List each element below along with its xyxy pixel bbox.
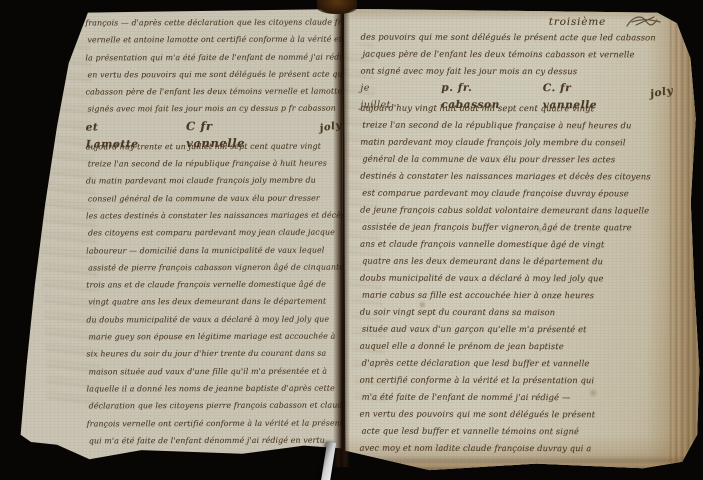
manuscript-text-line: françois — d'après cette déclaration que…	[85, 14, 341, 32]
manuscript-text-line: doubs municipalité de vaux a déclaré à m…	[360, 270, 672, 288]
manuscript-text-line: la présentation qui m'a été faite de l'e…	[85, 48, 341, 66]
manuscript-text-line: déclaration que les citoyens pierre fran…	[89, 397, 345, 415]
manuscript-text-line: ans et claude françois vannelle domestiq…	[360, 236, 672, 254]
curled-bottom-edge	[351, 456, 693, 472]
right-page: troisième des pouvoirs qui me sont délég…	[344, 7, 700, 472]
manuscript-text-line: ont signé avec moy fait les jour mois an…	[360, 63, 672, 81]
manuscript-text-line: du soir vingt sept du courant dans sa ma…	[360, 304, 672, 322]
manuscript-text-line: vernelle et antoine lamotte ont certifié…	[87, 31, 343, 49]
right-signatures-row: je juillet p. fr. cabasson C. fr vannell…	[360, 80, 672, 101]
manuscript-text-line: ont certifié conforme à la vérité et la …	[360, 372, 672, 390]
manuscript-text-line: acte que lesd buffer et vannelle témoins…	[361, 423, 673, 441]
manuscript-text-line: six heures du soir du jour d'hier trente…	[86, 345, 342, 363]
page-stack-fore-edge	[670, 16, 700, 467]
manuscript-text-line: marie cabus sa fille est accouchée hier …	[362, 287, 674, 305]
manuscript-text-line: est comparue pardevant moy claude franço…	[362, 185, 674, 203]
manuscript-text-line: des citoyens est comparu pardevant moy j…	[88, 224, 344, 242]
manuscript-scan: françois — d'après cette déclaration que…	[0, 0, 703, 480]
manuscript-text-line: cabasson père de l'enfant les deux témoi…	[85, 83, 341, 101]
page-number-heading: troisième	[549, 16, 606, 28]
manuscript-text-line: des pouvoirs qui me sont délégués le pré…	[361, 29, 673, 47]
manuscript-text-line: maison située aud vaux d'une fille qu'il…	[88, 362, 344, 380]
manuscript-text-line: m'a été faite de l'enfant de nommé j'ai …	[362, 389, 674, 407]
manuscript-text-line: conseil général de la commune de vaux él…	[88, 189, 344, 207]
manuscript-text-line: matin pardevant moy claude françois joly…	[360, 134, 672, 152]
manuscript-text-line: avec moy et nom ladite claude françoise …	[359, 440, 671, 458]
manuscript-text-line: auquel elle a donné le prénom de jean ba…	[360, 338, 672, 356]
book-gutter-shadow	[333, 5, 350, 467]
binding-top-edge	[317, 0, 357, 14]
manuscript-text-line: signés avec moi fait les jour mois an cy…	[88, 100, 344, 118]
manuscript-text-line: de jeune françois cabus soldat volontair…	[360, 202, 672, 220]
manuscript-text-line: marie guey son épouse en légitime mariag…	[88, 328, 344, 346]
left-paragraph-2: aujourd'huy trente et un juillet mil sep…	[86, 137, 343, 449]
manuscript-text-line: située aud vaux d'un garçon qu'elle m'a …	[362, 321, 674, 339]
manuscript-text-line: treize l'an second de la république fran…	[362, 117, 674, 135]
left-page-text: françois — d'après cette déclaration que…	[85, 14, 343, 450]
manuscript-text-line: laboureur — domicilié dans la municipali…	[86, 241, 342, 259]
right-page-text: des pouvoirs qui me sont délégués le pré…	[359, 29, 672, 458]
manuscript-text-line: aujourd'huy vingt huit août mil sept cen…	[360, 100, 672, 118]
manuscript-text-line: vingt quatre ans les deux demeurant dans…	[88, 293, 344, 311]
manuscript-text-line: assistée de jean françois buffer vignero…	[362, 219, 674, 237]
manuscript-text-line: assisté de pierre françois cabasson vign…	[88, 258, 344, 276]
left-paragraph-1: françois — d'après cette déclaration que…	[85, 14, 341, 119]
manuscript-text-line: du doubs municipalité de vaux a déclaré …	[86, 310, 342, 328]
paraph-flourish-icon	[624, 13, 664, 31]
left-signatures-row: et Lamotte C fr vannelle joly	[86, 117, 342, 138]
manuscript-text-line: quatre ans les deux demeurant dans le dé…	[362, 253, 674, 271]
right-paragraph-2: aujourd'huy vingt huit août mil sept cen…	[359, 100, 672, 458]
manuscript-text-line: aujourd'huy trente et un juillet mil sep…	[86, 137, 342, 155]
manuscript-text-line: laquelle il a donné les noms de jeanne b…	[87, 379, 343, 397]
manuscript-text-line: d'après cette déclaration que lesd buffe…	[362, 355, 674, 373]
manuscript-text-line: général de la commune de vaux élu pour d…	[362, 151, 674, 169]
manuscript-text-line: françois vernelle ont certifié conforme …	[87, 414, 343, 432]
manuscript-text-line: les actes destinés à constater les naiss…	[86, 207, 342, 225]
page-heading-row: troisième	[549, 13, 664, 31]
manuscript-text-line: qui m'a été faite de l'enfant dénommé j'…	[89, 431, 345, 449]
left-page: françois — d'après cette déclaration que…	[18, 9, 343, 461]
manuscript-text-line: jacques père de l'enfant les deux témoin…	[362, 46, 674, 64]
manuscript-text-line: trois ans et de claude françois vernelle…	[86, 276, 342, 294]
manuscript-text-line: en vertu des pouvoirs qui me sont délégu…	[360, 406, 672, 424]
manuscript-text-line: en vertu des pouvoirs qui me sont délégu…	[87, 65, 343, 83]
manuscript-text-line: destinés à constater les naissances mari…	[360, 168, 672, 186]
manuscript-text-line: du matin pardevant moi claude françois j…	[86, 172, 342, 190]
manuscript-text-line: treize l'an second de la république fran…	[88, 155, 344, 173]
right-paragraph-1: des pouvoirs qui me sont délégués le pré…	[360, 29, 672, 81]
